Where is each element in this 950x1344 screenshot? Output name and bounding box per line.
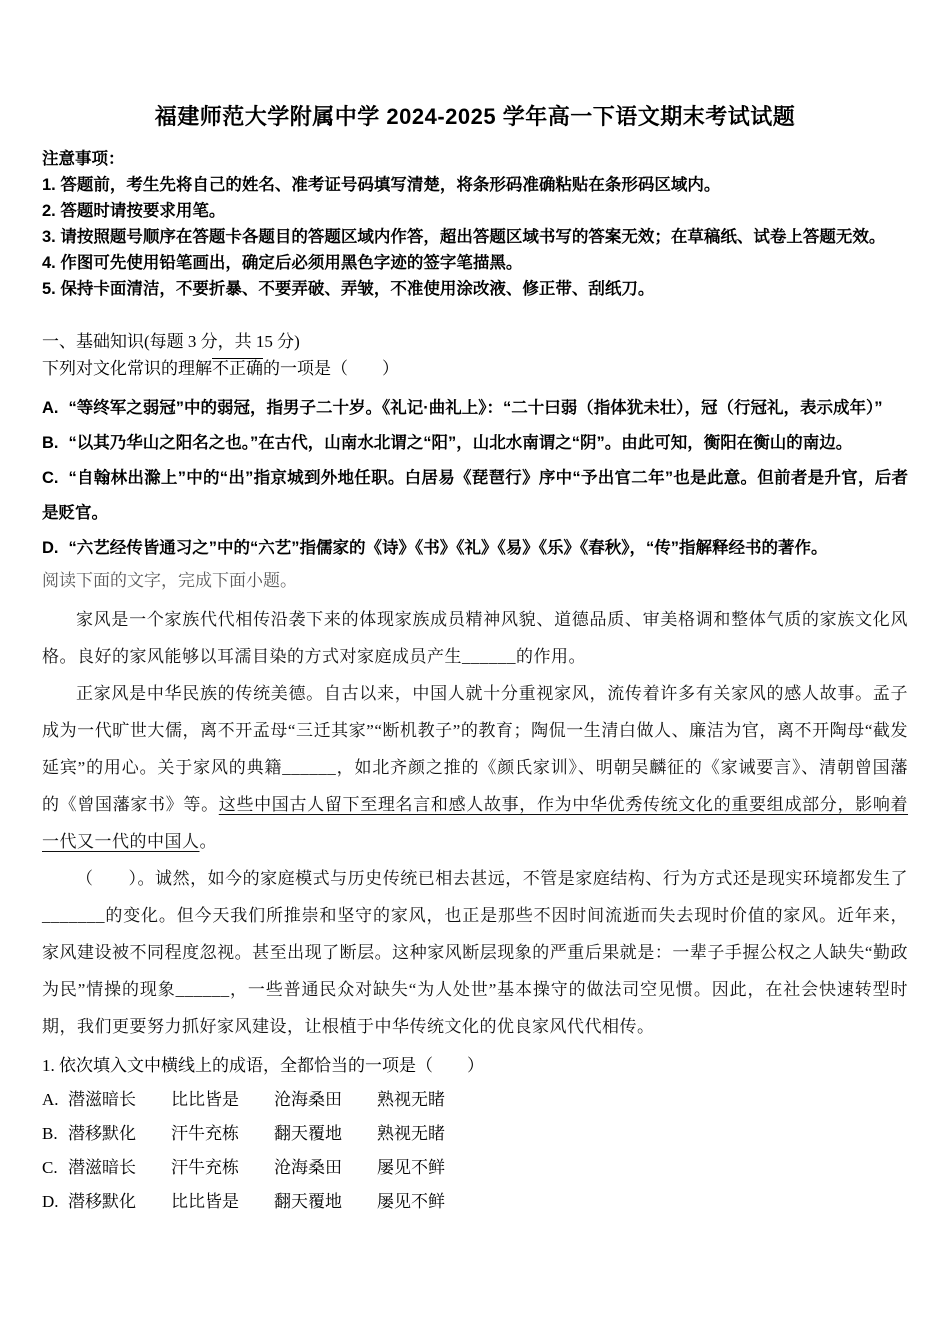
exam-title: 福建师范大学附属中学 2024-2025 学年高一下语文期末考试试题 [42, 102, 908, 132]
option-word-4: 熟视无睹 [377, 1083, 445, 1117]
option-text: “以其乃华山之阳名之也。”在古代，山南水北谓之“阳”，山北水南谓之“阴”。由此可… [69, 434, 853, 452]
question1-option-d: D.潜移默化比比皆是翻天覆地屡见不鲜 [42, 1185, 908, 1219]
reading-intro: 阅读下面的文字，完成下面小题。 [42, 566, 908, 596]
passage-paragraph-1: 家风是一个家族代代相传沿袭下来的体现家族成员精神风貌、道德品质、审美格调和整体气… [42, 601, 908, 675]
culture-option-c: C.“自翰林出滁上”中的“出”指京城到外地任职。白居易《琵琶行》序中“予出官二年… [42, 461, 908, 531]
culture-stem-prefix: 下列对文化常识的理解 [42, 359, 212, 378]
question1-option-b: B.潜移默化汗牛充栋翻天覆地熟视无睹 [42, 1117, 908, 1151]
option-label: A. [42, 1083, 68, 1117]
option-label: C. [42, 469, 59, 487]
option-text: “等终军之弱冠”中的弱冠，指男子二十岁。《礼记·曲礼上》：“二十曰弱（指体犹未壮… [69, 399, 883, 417]
option-label: C. [42, 1151, 68, 1185]
exam-content: 福建师范大学附属中学 2024-2025 学年高一下语文期末考试试题 注意事项：… [0, 0, 950, 1219]
option-label: A. [42, 399, 59, 417]
notice-item-1: 1. 答题前，考生先将自己的姓名、准考证号码填写清楚，将条形码准确粘贴在条形码区… [42, 172, 908, 198]
culture-option-d: D.“六艺经传皆通习之”中的“六艺”指儒家的《诗》《书》《礼》《易》《乐》《春秋… [42, 531, 908, 566]
option-word-1: 潜滋暗长 [68, 1151, 171, 1185]
option-word-3: 沧海桑田 [274, 1083, 377, 1117]
option-label: D. [42, 539, 59, 557]
option-word-4: 屡见不鲜 [377, 1185, 445, 1219]
option-text: “六艺经传皆通习之”中的“六艺”指儒家的《诗》《书》《礼》《易》《乐》《春秋》，… [69, 539, 828, 557]
notice-item-3: 3. 请按照题号顺序在答题卡各题目的答题区域内作答，超出答题区域书写的答案无效；… [42, 224, 908, 250]
option-label: B. [42, 1117, 68, 1151]
option-word-1: 潜滋暗长 [68, 1083, 171, 1117]
option-word-4: 屡见不鲜 [377, 1151, 445, 1185]
notice-item-2: 2. 答题时请按要求用笔。 [42, 198, 908, 224]
paragraph2-tail: 。 [200, 832, 218, 851]
notice-heading: 注意事项： [42, 146, 908, 172]
option-text: “自翰林出滁上”中的“出”指京城到外地任职。白居易《琵琶行》序中“予出官二年”也… [42, 469, 908, 522]
notice-section: 注意事项： 1. 答题前，考生先将自己的姓名、准考证号码填写清楚，将条形码准确粘… [42, 146, 908, 302]
option-word-3: 翻天覆地 [274, 1117, 377, 1151]
culture-stem-emphasis: 不正确 [212, 359, 263, 378]
reading-passage: 家风是一个家族代代相传沿袭下来的体现家族成员精神风貌、道德品质、审美格调和整体气… [42, 601, 908, 1045]
question1-option-c: C.潜滋暗长汗牛充栋沧海桑田屡见不鲜 [42, 1151, 908, 1185]
culture-option-b: B.“以其乃华山之阳名之也。”在古代，山南水北谓之“阳”，山北水南谓之“阴”。由… [42, 426, 908, 461]
option-word-3: 沧海桑田 [274, 1151, 377, 1185]
culture-options: A.“等终军之弱冠”中的弱冠，指男子二十岁。《礼记·曲礼上》：“二十曰弱（指体犹… [42, 391, 908, 566]
notice-item-5: 5. 保持卡面清洁，不要折暴、不要弄破、弄皱，不准使用涂改液、修正带、刮纸刀。 [42, 276, 908, 302]
option-word-1: 潜移默化 [68, 1185, 171, 1219]
culture-question-stem: 下列对文化常识的理解不正确的一项是（ ） [42, 355, 908, 382]
passage-paragraph-3: （ ）。诚然，如今的家庭模式与历史传统已相去甚远，不管是家庭结构、行为方式还是现… [42, 860, 908, 1045]
option-word-2: 比比皆是 [171, 1083, 274, 1117]
option-word-1: 潜移默化 [68, 1117, 171, 1151]
option-word-2: 比比皆是 [171, 1185, 274, 1219]
notice-item-4: 4. 作图可先使用铅笔画出，确定后必须用黑色字迹的签字笔描黑。 [42, 250, 908, 276]
exam-page: 福建师范大学附属中学 2024-2025 学年高一下语文期末考试试题 注意事项：… [0, 0, 950, 1344]
passage-paragraph-2: 正家风是中华民族的传统美德。自古以来，中国人就十分重视家风，流传着许多有关家风的… [42, 675, 908, 860]
option-word-3: 翻天覆地 [274, 1185, 377, 1219]
option-word-2: 汗牛充栋 [171, 1151, 274, 1185]
culture-option-a: A.“等终军之弱冠”中的弱冠，指男子二十岁。《礼记·曲礼上》：“二十曰弱（指体犹… [42, 391, 908, 426]
option-label: B. [42, 434, 59, 452]
culture-stem-suffix: 的一项是（ ） [263, 359, 399, 378]
section1-heading: 一、基础知识(每题 3 分，共 15 分) [42, 328, 908, 355]
option-word-4: 熟视无睹 [377, 1117, 445, 1151]
question1-option-a: A.潜滋暗长比比皆是沧海桑田熟视无睹 [42, 1083, 908, 1117]
question1-options: A.潜滋暗长比比皆是沧海桑田熟视无睹 B.潜移默化汗牛充栋翻天覆地熟视无睹 C.… [42, 1083, 908, 1219]
option-word-2: 汗牛充栋 [171, 1117, 274, 1151]
option-label: D. [42, 1185, 68, 1219]
question1-stem: 1. 依次填入文中横线上的成语，全都恰当的一项是（ ） [42, 1051, 908, 1081]
